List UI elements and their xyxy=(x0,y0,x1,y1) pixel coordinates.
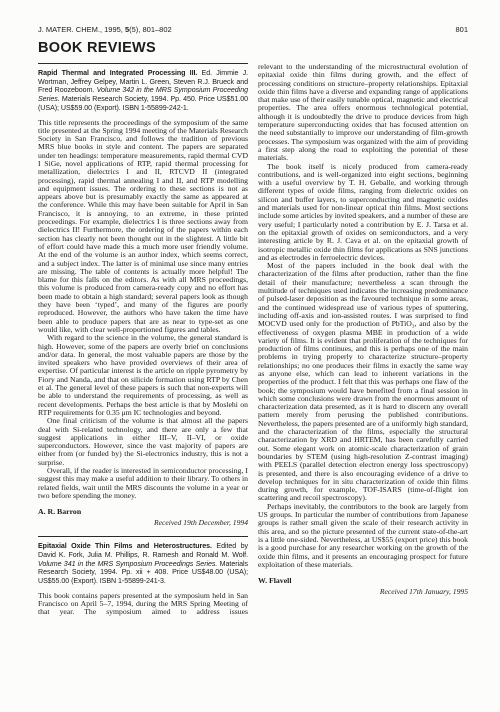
journal-ref-suffix: (5), 801–802 xyxy=(129,25,172,34)
review2-received-date: Received 17th January, 1995 xyxy=(258,587,468,596)
review1-paragraph-3: One final criticism of the volume is tha… xyxy=(38,417,248,467)
book-title: Rapid Thermal and Integrated Processing … xyxy=(38,69,197,77)
two-column-body: Rapid Thermal and Integrated Processing … xyxy=(38,63,468,617)
book-title: Epitaxial Oxide Thin Films and Heterostr… xyxy=(38,542,212,550)
review2-paragraph-1-left: This book contains papers presented at t… xyxy=(38,592,248,617)
journal-ref: J. MATER. CHEM., 1995, 5(5), 801–802 xyxy=(38,25,172,34)
column-right: relevant to the understanding of the mic… xyxy=(258,63,468,617)
review1-paragraph-2: With regard to the science in the volume… xyxy=(38,334,248,417)
journal-page: J. MATER. CHEM., 1995, 5(5), 801–802 801… xyxy=(0,0,500,712)
page-title: BOOK REVIEWS xyxy=(38,40,468,56)
review1-received-date: Received 19th December, 1994 xyxy=(38,518,248,527)
column-left: Rapid Thermal and Integrated Processing … xyxy=(38,63,248,617)
review2-paragraph-2: The book itself is nicely produced from … xyxy=(258,163,468,263)
journal-ref-prefix: J. MATER. CHEM., 1995, xyxy=(38,25,125,34)
review1-paragraph-4: Overall, if the reader is interested in … xyxy=(38,467,248,500)
review2-biblio: Epitaxial Oxide Thin Films and Heterostr… xyxy=(38,536,248,586)
review2-paragraph-3: Most of the papers included in the book … xyxy=(258,262,468,503)
review2-reviewer-signature: W. Flavell xyxy=(258,576,468,585)
book-volume: Volume 341 in the MRS Symposium Proceedi… xyxy=(38,560,217,568)
review1-paragraph-1: This title represents the proceedings of… xyxy=(38,119,248,335)
review1-reviewer-signature: A. R. Barron xyxy=(38,507,248,516)
running-header: J. MATER. CHEM., 1995, 5(5), 801–802 801 xyxy=(38,25,468,34)
review2-paragraph-4: Perhaps inevitably, the contributors to … xyxy=(258,503,468,569)
page-number: 801 xyxy=(455,25,468,34)
book-publisher: Materials Research Society, 1994. Pp. 45… xyxy=(38,95,248,112)
review2-paragraph-1-right: relevant to the understanding of the mic… xyxy=(258,63,468,163)
review1-biblio: Rapid Thermal and Integrated Processing … xyxy=(38,63,248,113)
